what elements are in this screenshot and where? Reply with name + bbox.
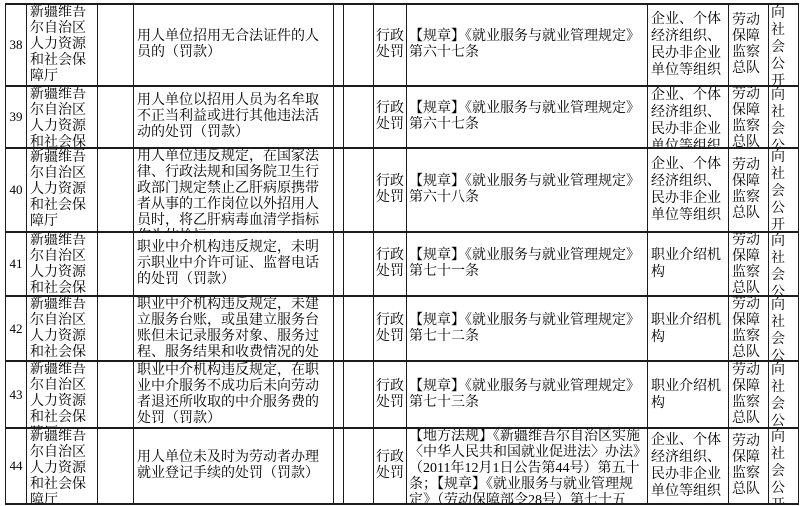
empty-cell — [98, 233, 133, 295]
publicity-cell: 向社会公开 — [769, 429, 798, 503]
table-row: 40 新疆维吾尔自治区人力资源和社会保障厅 用人单位违反规定，在国家法律、行政法… — [6, 148, 799, 232]
department-cell: 新疆维吾尔自治区人力资源和社会保障厅 — [27, 149, 97, 231]
publicity-cell: 向社会公开 — [769, 297, 798, 360]
department-cell: 新疆维吾尔自治区人力资源和社会保障厅 — [27, 233, 97, 295]
applicable-objects-cell: 职业介绍机构 — [648, 362, 728, 427]
empty-cell — [334, 5, 343, 85]
empty-cell — [344, 233, 373, 295]
applicable-objects-cell: 企业、个体经济组织、民办非企业单位等组织 — [648, 429, 728, 503]
empty-cell — [344, 149, 373, 231]
legal-basis-cell: 【规章】《就业服务与就业管理规定》第六十七条 — [407, 5, 647, 85]
penalty-type-cell: 行政处罚 — [374, 5, 406, 85]
empty-cell — [98, 297, 133, 360]
enforcing-agency-cell: 劳动保障监察总队 — [729, 297, 768, 360]
applicable-objects-cell: 企业、个体经济组织、民办非企业单位等组织 — [648, 87, 728, 147]
row-number: 38 — [6, 5, 26, 85]
penalty-type-cell: 行政处罚 — [374, 297, 406, 360]
empty-cell — [344, 362, 373, 427]
penalty-type-cell: 行政处罚 — [374, 429, 406, 503]
empty-cell — [334, 149, 343, 231]
penalty-item-cell: 职业中介机构违反规定，在职业中介服务不成功后未向劳动者退还所收取的中介服务费的处… — [134, 362, 333, 427]
penalty-items-table: 38 新疆维吾尔自治区人力资源和社会保障厅 用人单位招用无合法证件的人员的（罚款… — [5, 3, 799, 505]
document-page: 38 新疆维吾尔自治区人力资源和社会保障厅 用人单位招用无合法证件的人员的（罚款… — [0, 0, 800, 505]
enforcing-agency-cell: 劳动保障监察总队 — [729, 233, 768, 295]
publicity-cell: 向社会公开 — [769, 149, 798, 231]
row-number: 41 — [6, 233, 26, 295]
table-row: 43 新疆维吾尔自治区人力资源和社会保障厅 职业中介机构违反规定，在职业中介服务… — [6, 361, 799, 428]
table-row: 39 新疆维吾尔自治区人力资源和社会保障厅 用人单位以招用人员为名牟取不正当利益… — [6, 86, 799, 148]
penalty-item-cell: 职业中介机构违反规定，未建立服务台账，或虽建立服务台账但未记录服务对象、服务过程… — [134, 297, 333, 360]
applicable-objects-cell: 企业、个体经济组织、民办非企业单位等组织 — [648, 149, 728, 231]
applicable-objects-cell: 职业介绍机构 — [648, 233, 728, 295]
empty-cell — [98, 429, 133, 503]
table-row: 38 新疆维吾尔自治区人力资源和社会保障厅 用人单位招用无合法证件的人员的（罚款… — [6, 4, 799, 86]
empty-cell — [344, 87, 373, 147]
empty-cell — [98, 5, 133, 85]
empty-cell — [334, 297, 343, 360]
department-cell: 新疆维吾尔自治区人力资源和社会保障厅 — [27, 297, 97, 360]
department-cell: 新疆维吾尔自治区人力资源和社会保障厅 — [27, 362, 97, 427]
empty-cell — [334, 87, 343, 147]
penalty-item-cell: 用人单位以招用人员为名牟取不正当利益或进行其他违法活动的处罚（罚款） — [134, 87, 333, 147]
row-number: 43 — [6, 362, 26, 427]
penalty-type-cell: 行政处罚 — [374, 87, 406, 147]
penalty-item-cell: 用人单位招用无合法证件的人员的（罚款） — [134, 5, 333, 85]
penalty-item-cell: 职业中介机构违反规定，未明示职业中介许可证、监督电话的处罚（罚款） — [134, 233, 333, 295]
enforcing-agency-cell: 劳动保障监察总队 — [729, 362, 768, 427]
empty-cell — [344, 5, 373, 85]
enforcing-agency-cell: 劳动保障监察总队 — [729, 87, 768, 147]
empty-cell — [334, 429, 343, 503]
empty-cell — [98, 149, 133, 231]
applicable-objects-cell: 职业介绍机构 — [648, 297, 728, 360]
row-number: 44 — [6, 429, 26, 503]
row-number: 40 — [6, 149, 26, 231]
enforcing-agency-cell: 劳动保障监察总队 — [729, 5, 768, 85]
department-cell: 新疆维吾尔自治区人力资源和社会保障厅 — [27, 5, 97, 85]
table-row: 44 新疆维吾尔自治区人力资源和社会保障厅 用人单位未及时为劳动者办理就业登记手… — [6, 428, 799, 504]
penalty-type-cell: 行政处罚 — [374, 233, 406, 295]
row-number: 42 — [6, 297, 26, 360]
applicable-objects-cell: 企业、个体经济组织、民办非企业单位等组织 — [648, 5, 728, 85]
legal-basis-cell: 【规章】《就业服务与就业管理规定》第七十一条 — [407, 233, 647, 295]
empty-cell — [344, 297, 373, 360]
table-row: 41 新疆维吾尔自治区人力资源和社会保障厅 职业中介机构违反规定，未明示职业中介… — [6, 232, 799, 296]
enforcing-agency-cell: 劳动保障监察总队 — [729, 429, 768, 503]
publicity-cell: 向社会公开 — [769, 233, 798, 295]
penalty-type-cell: 行政处罚 — [374, 149, 406, 231]
legal-basis-cell: 【规章】《就业服务与就业管理规定》第七十三条 — [407, 362, 647, 427]
publicity-cell: 向社会公开 — [769, 362, 798, 427]
empty-cell — [98, 362, 133, 427]
empty-cell — [334, 233, 343, 295]
publicity-cell: 向社会公开 — [769, 5, 798, 85]
penalty-type-cell: 行政处罚 — [374, 362, 406, 427]
legal-basis-cell: 【地方法规】《新疆维吾尔自治区实施〈中华人民共和国就业促进法〉办法》（2011年… — [407, 429, 647, 503]
penalty-item-cell: 用人单位违反规定，在国家法律、行政法规和国务院卫生行政部门规定禁止乙肝病原携带者… — [134, 149, 333, 231]
table-row: 42 新疆维吾尔自治区人力资源和社会保障厅 职业中介机构违反规定，未建立服务台账… — [6, 296, 799, 361]
department-cell: 新疆维吾尔自治区人力资源和社会保障厅 — [27, 87, 97, 147]
empty-cell — [344, 429, 373, 503]
empty-cell — [98, 87, 133, 147]
legal-basis-cell: 【规章】《就业服务与就业管理规定》第七十二条 — [407, 297, 647, 360]
enforcing-agency-cell: 劳动保障监察总队 — [729, 149, 768, 231]
department-cell: 新疆维吾尔自治区人力资源和社会保障厅 — [27, 429, 97, 503]
row-number: 39 — [6, 87, 26, 147]
empty-cell — [334, 362, 343, 427]
penalty-item-cell: 用人单位未及时为劳动者办理就业登记手续的处罚（罚款） — [134, 429, 333, 503]
legal-basis-cell: 【规章】《就业服务与就业管理规定》第六十七条 — [407, 87, 647, 147]
publicity-cell: 向社会公开 — [769, 87, 798, 147]
legal-basis-cell: 【规章】《就业服务与就业管理规定》第六十八条 — [407, 149, 647, 231]
